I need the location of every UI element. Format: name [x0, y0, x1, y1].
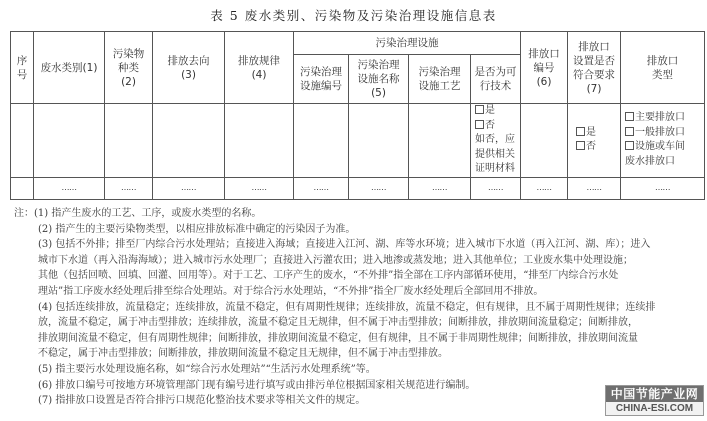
- header-pollutant-type: 污染物种类(2): [105, 32, 153, 104]
- cell-ellipsis: ……: [105, 177, 153, 199]
- cell-facility-id: [294, 104, 349, 178]
- header-facility-id: 污染治理设施编号: [294, 55, 349, 104]
- checkbox-icon: [475, 105, 484, 114]
- option-no[interactable]: 否: [475, 119, 520, 134]
- cell-ellipsis: [11, 177, 34, 199]
- header-facility-group: 污染治理设施: [294, 32, 521, 55]
- checkbox-icon: [625, 112, 634, 121]
- note-line-5: (5) 指主要污水处理设施名称，如“综合污水处理站”“生活污水处理系统”等。: [14, 362, 704, 378]
- checkbox-icon: [625, 127, 634, 136]
- header-feasible-tech: 是否为可行技术: [471, 55, 521, 104]
- cell-ellipsis: ……: [471, 177, 521, 199]
- cell-feasible-tech: 是 否 如否，应 提供相关 证明材料: [471, 104, 521, 178]
- cell-seq: [11, 104, 34, 178]
- table-row-ellipsis: …… …… …… …… …… …… …… …… …… …… ……: [11, 177, 705, 199]
- header-wastewater-type: 废水类别(1): [34, 32, 105, 104]
- note-line-3-cont: 其他（包括回喷、回填、回灌、回用等）。对于工艺、工序产生的废水，“不外排”指全部…: [14, 268, 704, 284]
- cell-ellipsis: ……: [225, 177, 294, 199]
- watermark-title: 中国节能产业网: [606, 386, 703, 402]
- option-yes[interactable]: 是: [576, 126, 620, 141]
- cell-wastewater-type: [34, 104, 105, 178]
- header-facility-process: 污染治理设施工艺: [409, 55, 471, 104]
- cell-ellipsis: ……: [521, 177, 568, 199]
- note-line-1: 注：(1) 指产生废水的工艺、工序，或废水类型的名称。: [14, 206, 704, 222]
- note-line-2: (2) 指产生的主要污染物类型，以相应排放标准中确定的污染因子为准。: [14, 222, 704, 238]
- checkbox-icon: [576, 141, 585, 150]
- option-no[interactable]: 否: [576, 140, 620, 155]
- header-facility-name: 污染治理设施名称(5): [349, 55, 409, 104]
- option-general-outlet[interactable]: 一般排放口: [625, 126, 704, 141]
- note-line-7: (7) 指排放口设置是否符合排污口规范化整治技术要求等相关文件的规定。: [14, 393, 704, 409]
- table-row: 是 否 如否，应 提供相关 证明材料 是 否 主要排放口 一般排放口 设施或车间…: [11, 104, 705, 178]
- header-outlet-id: 排放口编号(6): [521, 32, 568, 104]
- cell-outlet-type: 主要排放口 一般排放口 设施或车间 废水排放口: [621, 104, 705, 178]
- cell-ellipsis: ……: [409, 177, 471, 199]
- site-watermark-logo: 中国节能产业网 CHINA-ESI.COM: [605, 385, 704, 416]
- option-main-outlet[interactable]: 主要排放口: [625, 111, 704, 126]
- cell-ellipsis: ……: [621, 177, 705, 199]
- note-line-3-cont: 城市下水道（再入沿海海域）；进入城市污水处理厂；直接进入污灌农田；进入地渗或蒸发…: [14, 253, 704, 269]
- cell-ellipsis: ……: [568, 177, 621, 199]
- watermark-domain: CHINA-ESI.COM: [606, 402, 703, 415]
- cell-outlet-compliant: 是 否: [568, 104, 621, 178]
- header-seq: 序号: [11, 32, 34, 104]
- cell-discharge-direction: [153, 104, 225, 178]
- checkbox-icon: [625, 141, 634, 150]
- header-outlet-type: 排放口类型: [621, 32, 705, 104]
- option-facility-outlet[interactable]: 设施或车间: [625, 140, 704, 155]
- note-line-4-cont: 不稳定，属于冲击型排放；间断排放，排放期间流量不稳定且无规律，但不属于冲击型排放…: [14, 346, 704, 362]
- checkbox-icon: [576, 127, 585, 136]
- cell-ellipsis: ……: [349, 177, 409, 199]
- cell-ellipsis: ……: [34, 177, 105, 199]
- cell-ellipsis: ……: [294, 177, 349, 199]
- table-notes: 注：(1) 指产生废水的工艺、工序，或废水类型的名称。 (2) 指产生的主要污染…: [14, 206, 704, 409]
- header-outlet-compliant: 排放口设置是否符合要求(7): [568, 32, 621, 104]
- table-title: 表 5 废水类别、污染物及污染治理设施信息表: [0, 6, 707, 24]
- note-line-4: (4) 包括连续排放，流量稳定；连续排放，流量不稳定，但有周期性规律；连续排放，…: [14, 300, 704, 316]
- header-discharge-direction: 排放去向(3): [153, 32, 225, 104]
- header-discharge-pattern: 排放规律(4): [225, 32, 294, 104]
- note-line-3-cont: 理站”指工序废水经处理后排至综合处理站。对于综合污水处理站，“不外排”指全厂废水…: [14, 284, 704, 300]
- wastewater-info-table: 序号 废水类别(1) 污染物种类(2) 排放去向(3) 排放规律(4) 污染治理…: [10, 31, 705, 200]
- cell-discharge-pattern: [225, 104, 294, 178]
- cell-ellipsis: ……: [153, 177, 225, 199]
- note-line-4-cont: 放，流量不稳定，属于冲击型排放；连续排放，流量不稳定且无规律，但不属于冲击型排放…: [14, 315, 704, 331]
- cell-facility-name: [349, 104, 409, 178]
- note-line-4-cont: 排放期间流量不稳定，但有周期性规律；间断排放，排放期间流量不稳定，但有规律，且不…: [14, 331, 704, 347]
- option-yes[interactable]: 是: [475, 104, 520, 119]
- note-line-6: (6) 排放口编号可按地方环境管理部门现有编号进行填写或由排污单位根据国家相关规…: [14, 378, 704, 394]
- cell-outlet-id: [521, 104, 568, 178]
- checkbox-icon: [475, 120, 484, 129]
- note-line-3: (3) 包括不外排；排至厂内综合污水处理站；直接进入海域；直接进入江河、湖、库等…: [14, 237, 704, 253]
- cell-facility-process: [409, 104, 471, 178]
- cell-pollutant-type: [105, 104, 153, 178]
